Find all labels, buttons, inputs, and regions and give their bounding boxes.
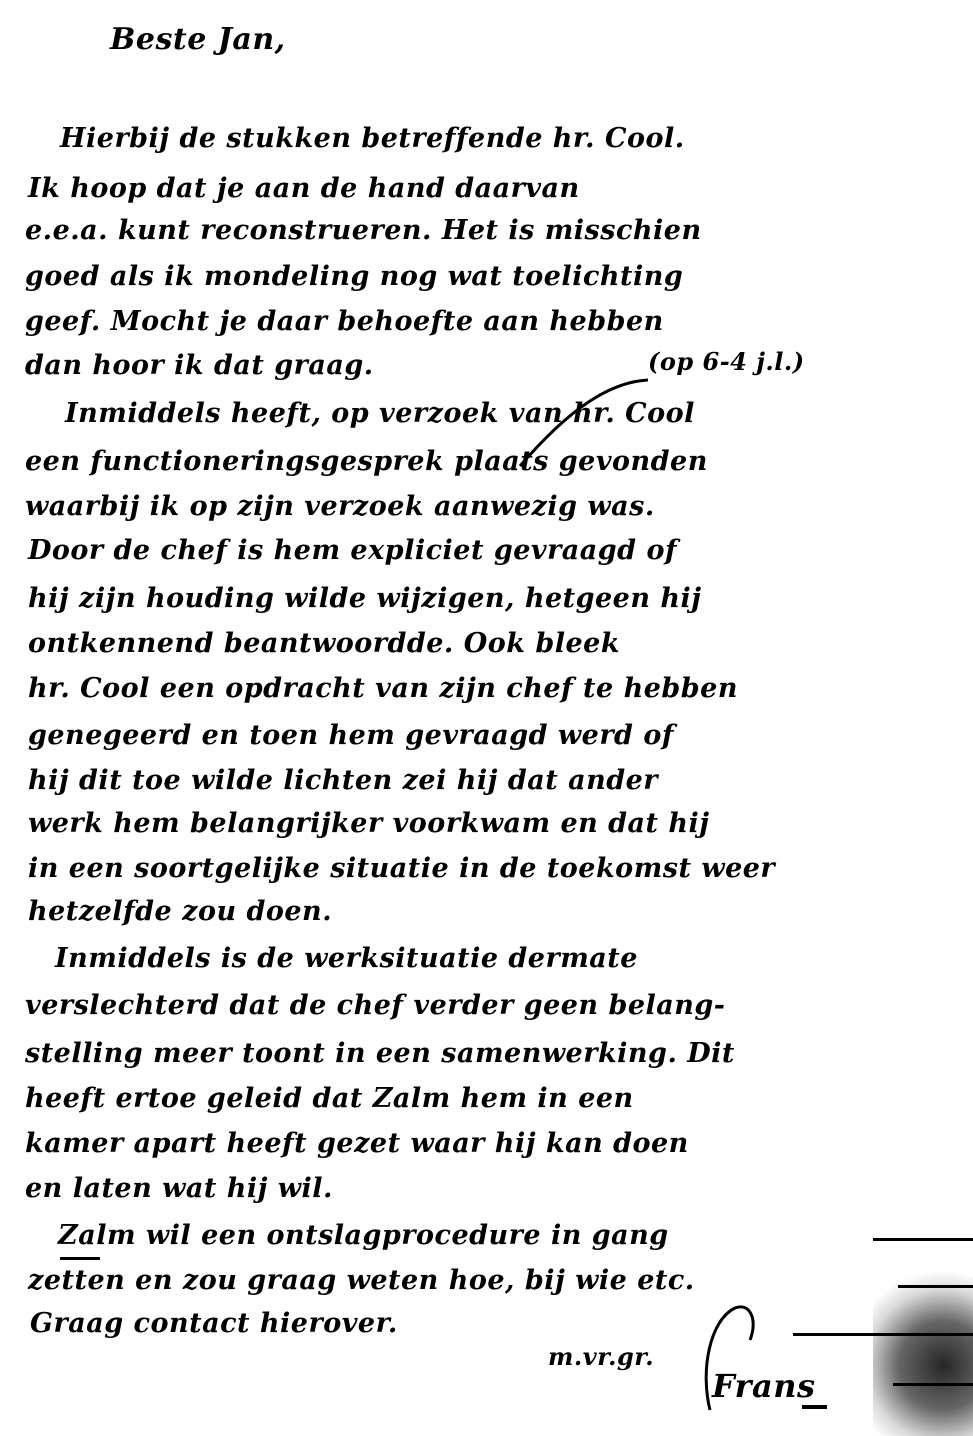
letter-line: Ik hoop dat je aan de hand daarvan xyxy=(28,175,580,202)
scan-noise-shadow xyxy=(873,1260,973,1436)
handwritten-letter-page: Beste Jan, Hierbij de stukken betreffend… xyxy=(0,0,973,1436)
closing: m.vr.gr. xyxy=(548,1345,654,1369)
margin-annotation: (op 6-4 j.l.) xyxy=(648,350,805,374)
letter-line: dan hoor ik dat graag. xyxy=(25,352,374,379)
letter-line: heeft ertoe geleid dat Zalm hem in een xyxy=(25,1085,634,1112)
letter-line: ontkennend beantwoordde. Ook bleek xyxy=(28,630,620,657)
letter-line: e.e.a. kunt reconstrueren. Het is missch… xyxy=(25,217,702,244)
letter-line: Hierbij de stukken betreffende hr. Cool. xyxy=(60,125,685,152)
letter-line: kamer apart heeft gezet waar hij kan doe… xyxy=(25,1130,689,1157)
letter-line: en laten wat hij wil. xyxy=(25,1175,333,1202)
letter-line: hij dit toe wilde lichten zei hij dat an… xyxy=(28,767,658,794)
letter-line: Zalm wil een ontslagprocedure in gang xyxy=(58,1222,669,1249)
letter-line: goed als ik mondeling nog wat toelichtin… xyxy=(25,263,683,290)
letter-line: in een soortgelijke situatie in de toeko… xyxy=(28,855,775,882)
scan-ruled-line xyxy=(873,1238,973,1241)
letter-line: Inmiddels is de werksituatie dermate xyxy=(55,945,638,972)
salutation: Beste Jan, xyxy=(110,25,286,55)
underline-mark xyxy=(60,1257,100,1260)
signature: Frans xyxy=(712,1370,816,1402)
letter-line: verslechterd dat de chef verder geen bel… xyxy=(25,992,725,1019)
letter-line: hr. Cool een opdracht van zijn chef te h… xyxy=(28,675,738,702)
letter-line: Door de chef is hem expliciet gevraagd o… xyxy=(28,537,677,564)
signature-flourish xyxy=(690,1300,770,1430)
letter-line: Inmiddels heeft, op verzoek van hr. Cool xyxy=(65,400,695,427)
letter-line: hij zijn houding wilde wijzigen, hetgeen… xyxy=(28,585,702,612)
signature-underline xyxy=(802,1405,827,1409)
letter-line: een functioneringsgesprek plaats gevonde… xyxy=(25,448,708,475)
letter-line: Graag contact hierover. xyxy=(30,1310,398,1337)
letter-line: werk hem belangrijker voorkwam en dat hi… xyxy=(28,810,710,837)
letter-line: geef. Mocht je daar behoefte aan hebben xyxy=(25,308,664,335)
letter-line: waarbij ik op zijn verzoek aanwezig was. xyxy=(25,493,655,520)
letter-line: genegeerd en toen hem gevraagd werd of xyxy=(28,722,674,749)
letter-line: hetzelfde zou doen. xyxy=(28,898,332,925)
letter-line: zetten en zou graag weten hoe, bij wie e… xyxy=(28,1267,695,1294)
letter-line: stelling meer toont in een samenwerking.… xyxy=(25,1040,735,1067)
